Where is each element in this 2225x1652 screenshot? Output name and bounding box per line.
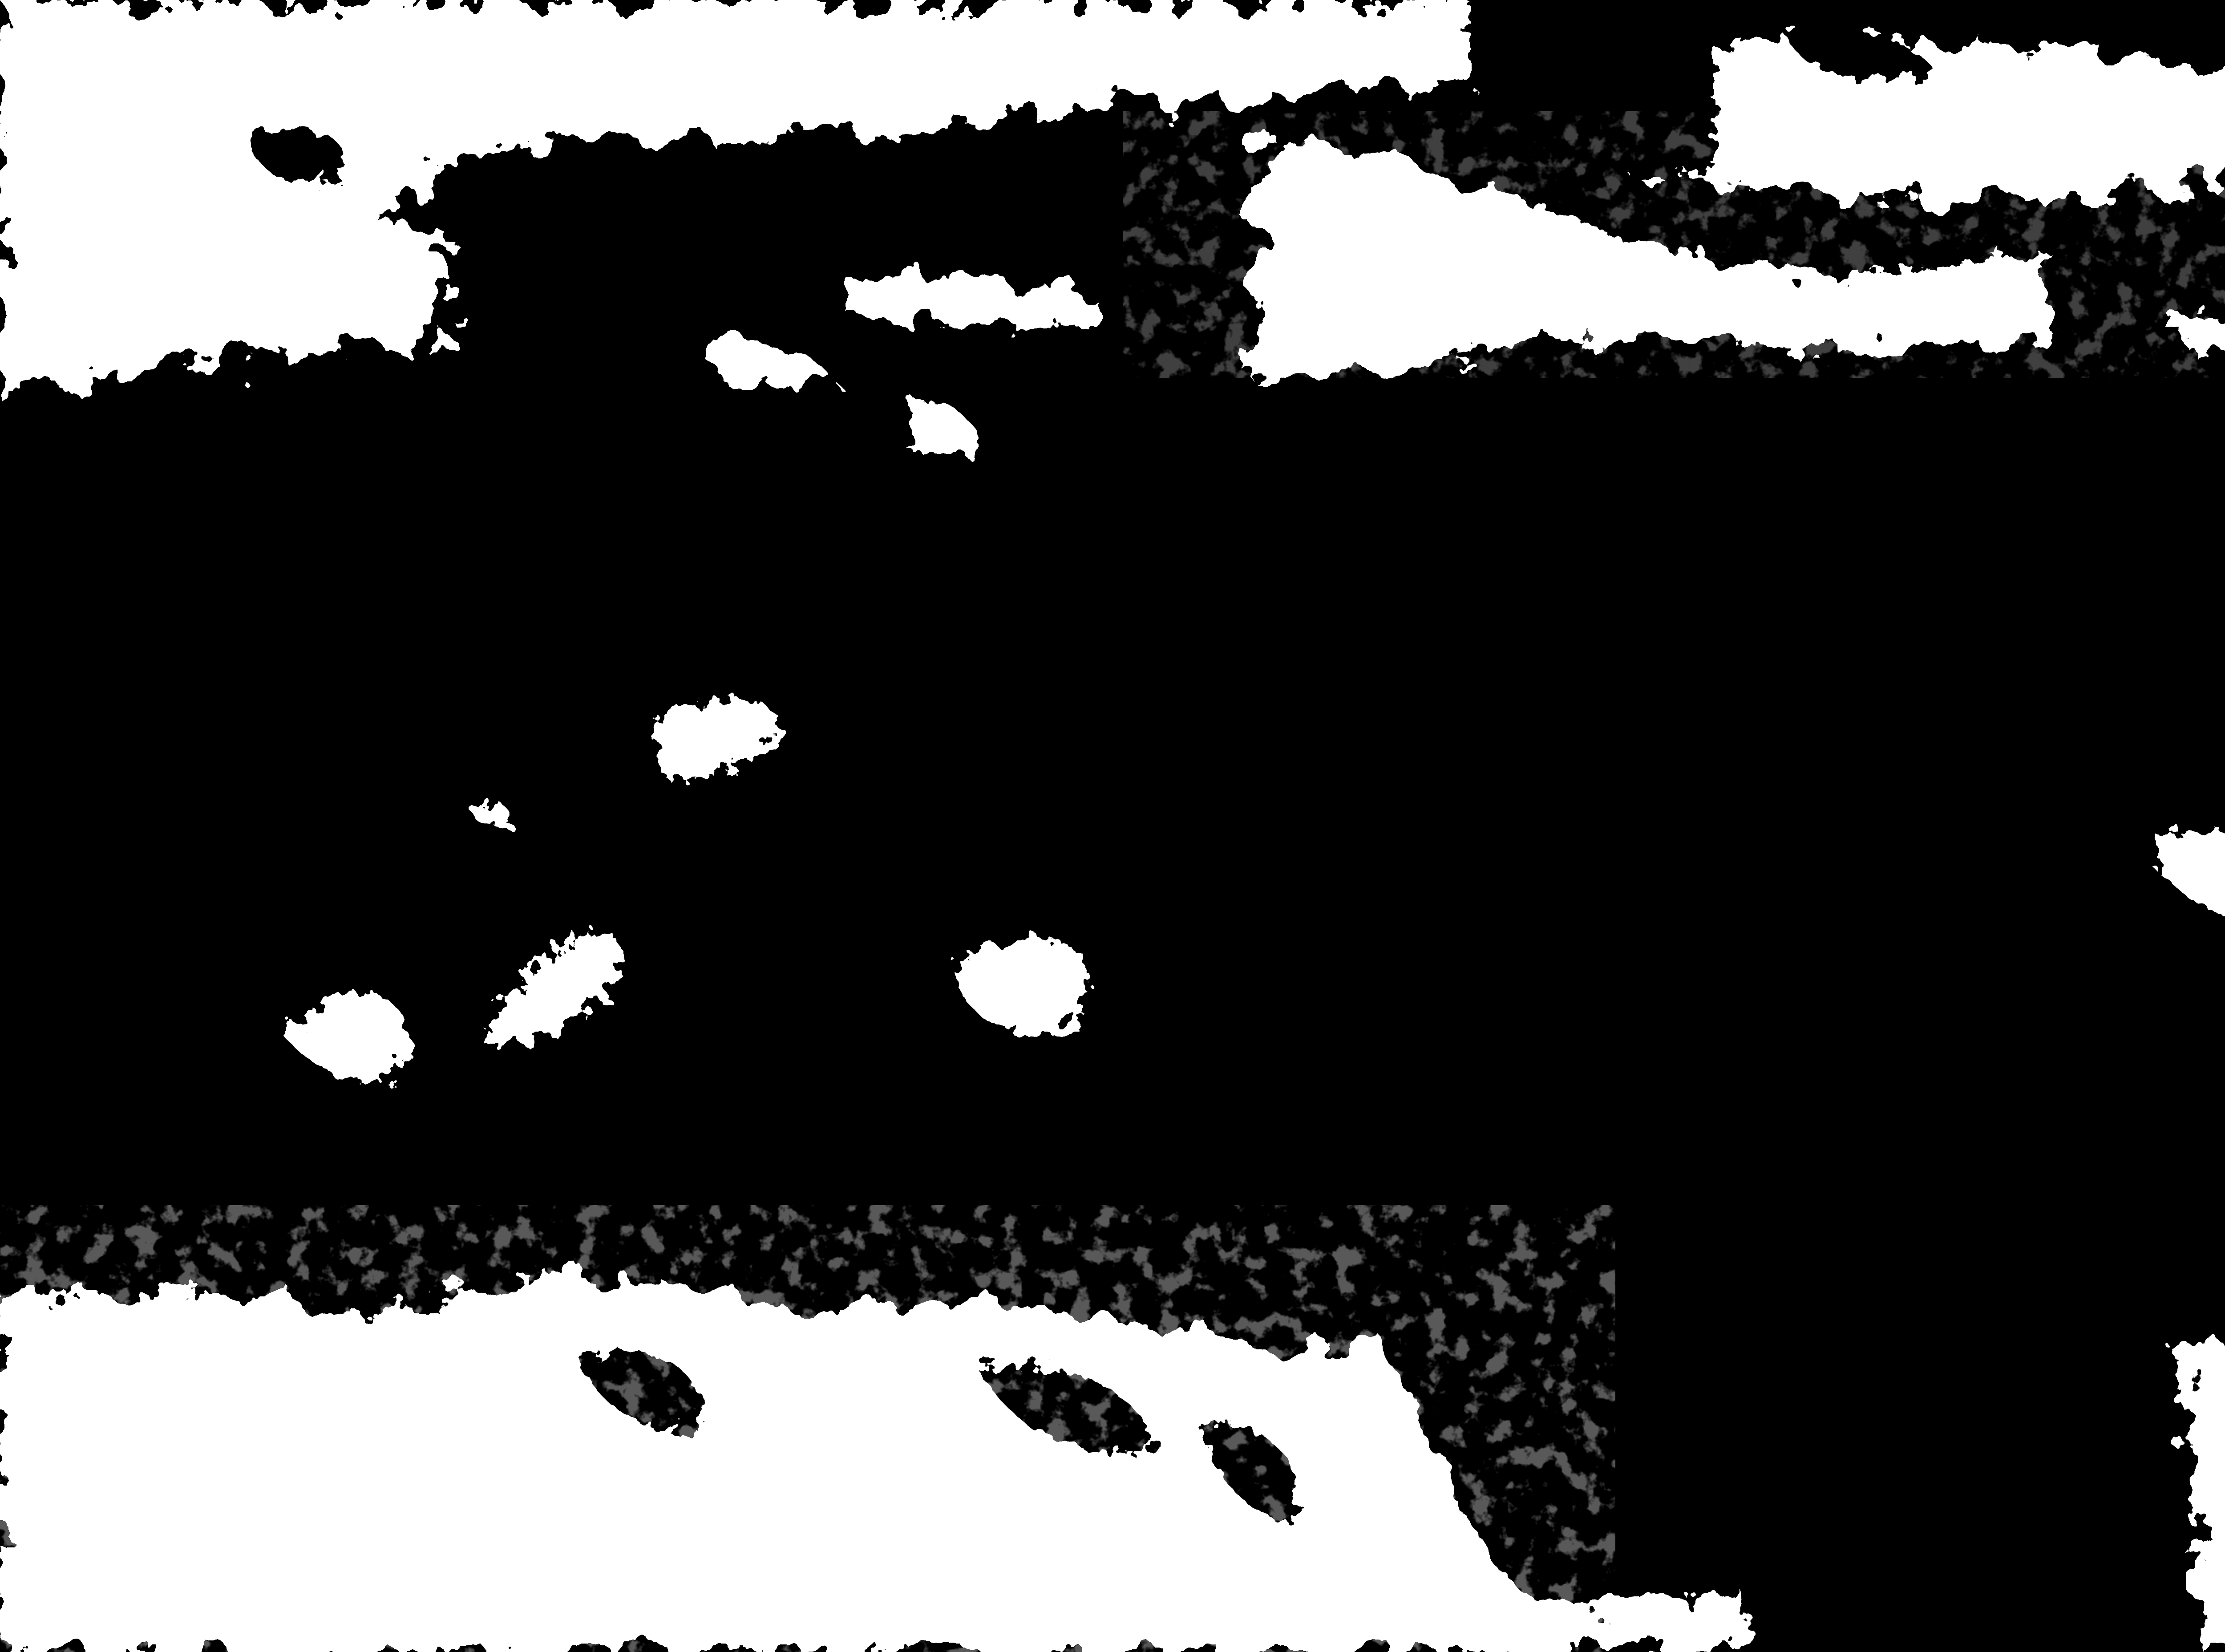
texture-overlay-top bbox=[1246, 134, 2225, 356]
texture-overlay bbox=[0, 1246, 1468, 1652]
satellite-cloud-image bbox=[0, 0, 2225, 1652]
